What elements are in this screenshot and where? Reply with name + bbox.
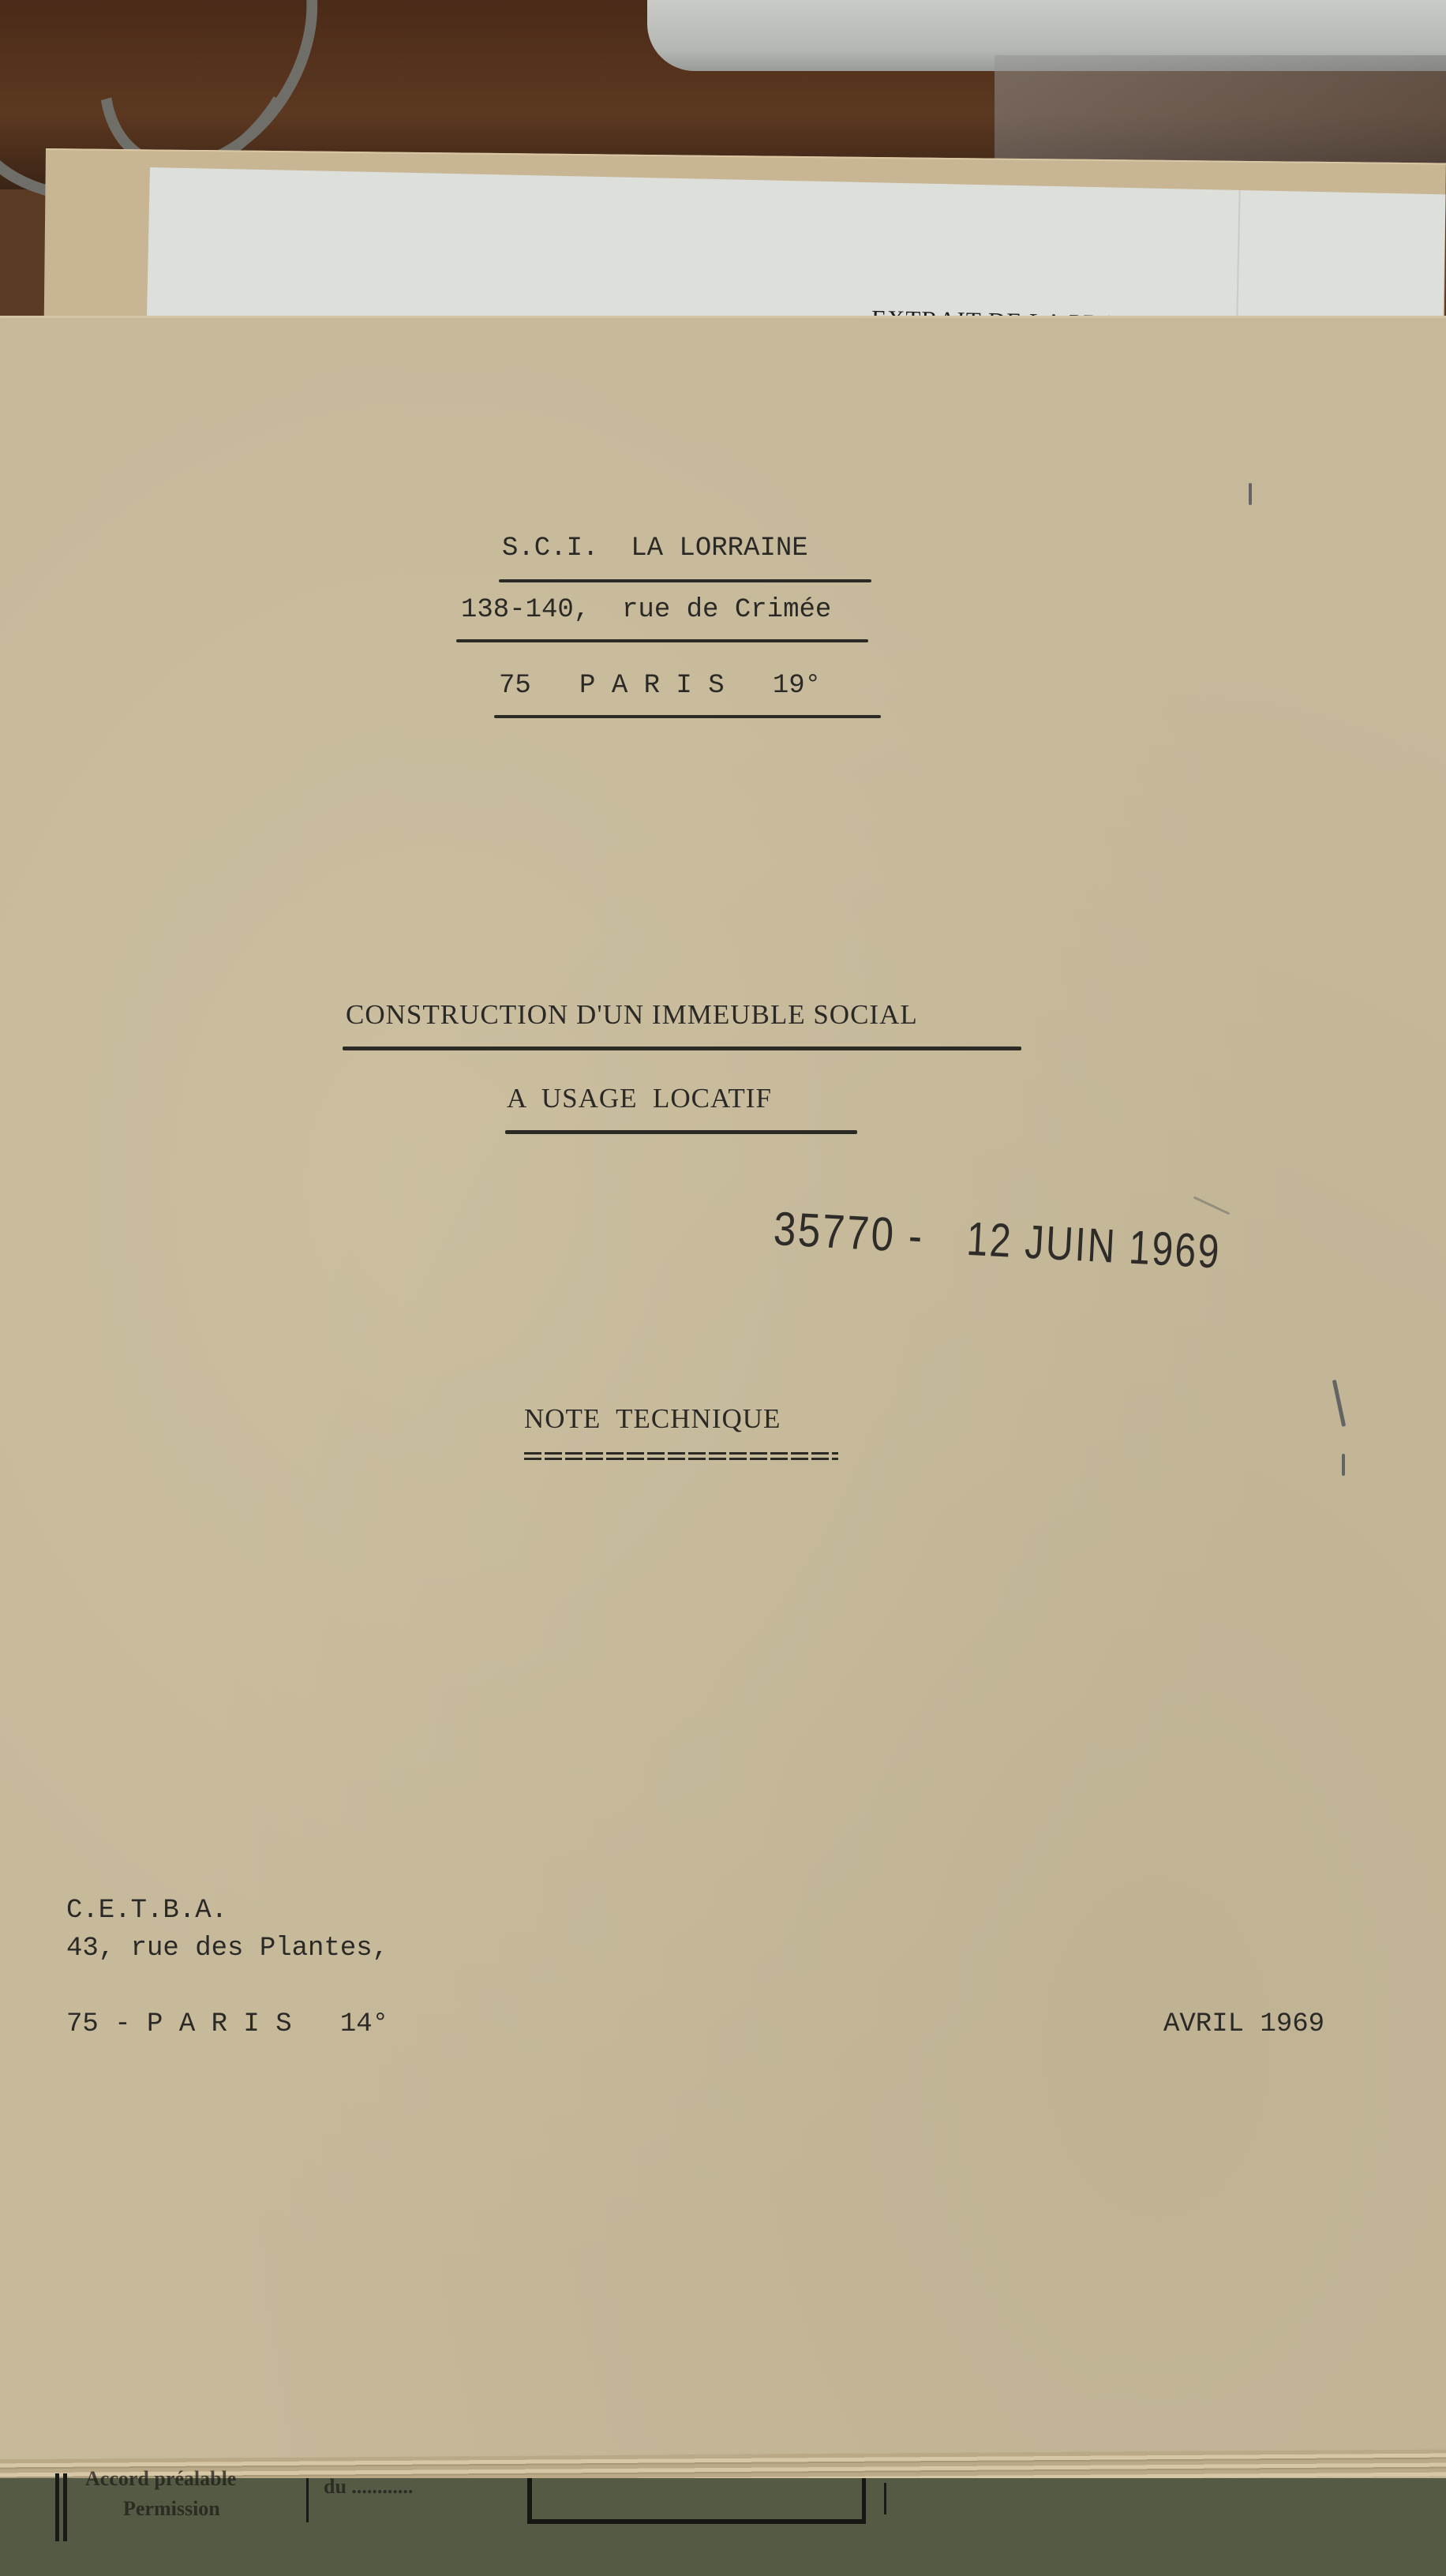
form-brace (306, 2478, 309, 2522)
form-box (527, 2478, 866, 2524)
underline (499, 579, 871, 582)
form-label-line2: Permission (123, 2497, 220, 2521)
note-technique-heading: NOTE TECHNIQUE (524, 1403, 781, 1435)
double-underline (524, 1452, 838, 1462)
pencil-mark (1342, 1454, 1345, 1476)
underline (494, 715, 881, 718)
company-city: 75 P A R I S 19° (499, 671, 821, 701)
form-label-line1: Accord préalable (85, 2467, 236, 2491)
plastic-sleeve (995, 55, 1446, 166)
footer-date: AVRIL 1969 (1163, 2009, 1324, 2039)
form-rule (55, 2473, 59, 2541)
underline (456, 639, 868, 642)
form-rule (63, 2473, 67, 2541)
form-field: du ............ (324, 2475, 413, 2499)
pencil-mark (1249, 483, 1252, 505)
footer-city: 75 - P A R I S 14° (66, 2009, 388, 2039)
form-rule (884, 2483, 886, 2514)
company-name: S.C.I. LA LORRAINE (502, 534, 808, 563)
document-title-line2: A USAGE LOCATIF (507, 1083, 772, 1114)
underline (505, 1130, 857, 1134)
footer-org: C.E.T.B.A. (66, 1896, 227, 1926)
underline (343, 1046, 1021, 1050)
footer-address: 43, rue des Plantes, (66, 1934, 388, 1964)
company-address: 138-140, rue de Crimée (461, 595, 831, 625)
document-title-line1: CONSTRUCTION D'UN IMMEUBLE SOCIAL (346, 999, 918, 1031)
stamp-number: 35770 - (772, 1201, 925, 1264)
